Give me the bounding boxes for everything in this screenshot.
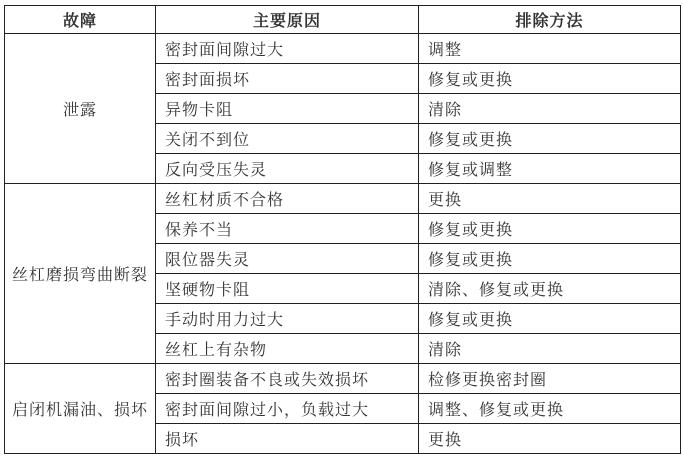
cause-cell: 异物卡阻 [156, 94, 419, 124]
remedy-cell: 更换 [419, 184, 681, 214]
cause-cell: 密封面间隙过大 [156, 34, 419, 64]
header-fault: 故障 [5, 6, 156, 34]
cause-cell: 限位器失灵 [156, 244, 419, 274]
remedy-cell: 修复或更换 [419, 124, 681, 154]
header-main-cause: 主要原因 [156, 6, 419, 34]
cause-cell: 坚硬物卡阻 [156, 274, 419, 304]
cause-cell: 密封面间隙过小，负载过大 [156, 394, 419, 424]
cause-cell: 密封面损坏 [156, 64, 419, 94]
cause-cell: 保养不当 [156, 214, 419, 244]
remedy-cell: 修复或更换 [419, 64, 681, 94]
fault-troubleshooting-table: 故障 主要原因 排除方法 泄露密封面间隙过大调整密封面损坏修复或更换异物卡阻清除… [4, 5, 681, 454]
remedy-cell: 调整 [419, 34, 681, 64]
remedy-cell: 清除 [419, 94, 681, 124]
remedy-cell: 清除、修复或更换 [419, 274, 681, 304]
table-body: 泄露密封面间隙过大调整密封面损坏修复或更换异物卡阻清除关闭不到位修复或更换反向受… [5, 34, 681, 454]
cause-cell: 密封圈装备不良或失效损坏 [156, 364, 419, 394]
fault-group-cell: 丝杠磨损弯曲断裂 [5, 184, 156, 364]
cause-cell: 损坏 [156, 424, 419, 454]
header-remedy: 排除方法 [419, 6, 681, 34]
remedy-cell: 更换 [419, 424, 681, 454]
table-header-row: 故障 主要原因 排除方法 [5, 6, 681, 34]
cause-cell: 手动时用力过大 [156, 304, 419, 334]
remedy-cell: 调整、修复或更换 [419, 394, 681, 424]
cause-cell: 关闭不到位 [156, 124, 419, 154]
remedy-cell: 修复或调整 [419, 154, 681, 184]
remedy-cell: 修复或更换 [419, 304, 681, 334]
remedy-cell: 修复或更换 [419, 214, 681, 244]
table-row: 启闭机漏油、损坏密封圈装备不良或失效损坏检修更换密封圈 [5, 364, 681, 394]
fault-group-cell: 启闭机漏油、损坏 [5, 364, 156, 454]
cause-cell: 反向受压失灵 [156, 154, 419, 184]
remedy-cell: 检修更换密封圈 [419, 364, 681, 394]
table-row: 泄露密封面间隙过大调整 [5, 34, 681, 64]
cause-cell: 丝杠材质不合格 [156, 184, 419, 214]
fault-group-cell: 泄露 [5, 34, 156, 184]
cause-cell: 丝杠上有杂物 [156, 334, 419, 364]
remedy-cell: 清除 [419, 334, 681, 364]
table-row: 丝杠磨损弯曲断裂丝杠材质不合格更换 [5, 184, 681, 214]
remedy-cell: 修复或更换 [419, 244, 681, 274]
header-row: 故障 主要原因 排除方法 [5, 6, 681, 34]
